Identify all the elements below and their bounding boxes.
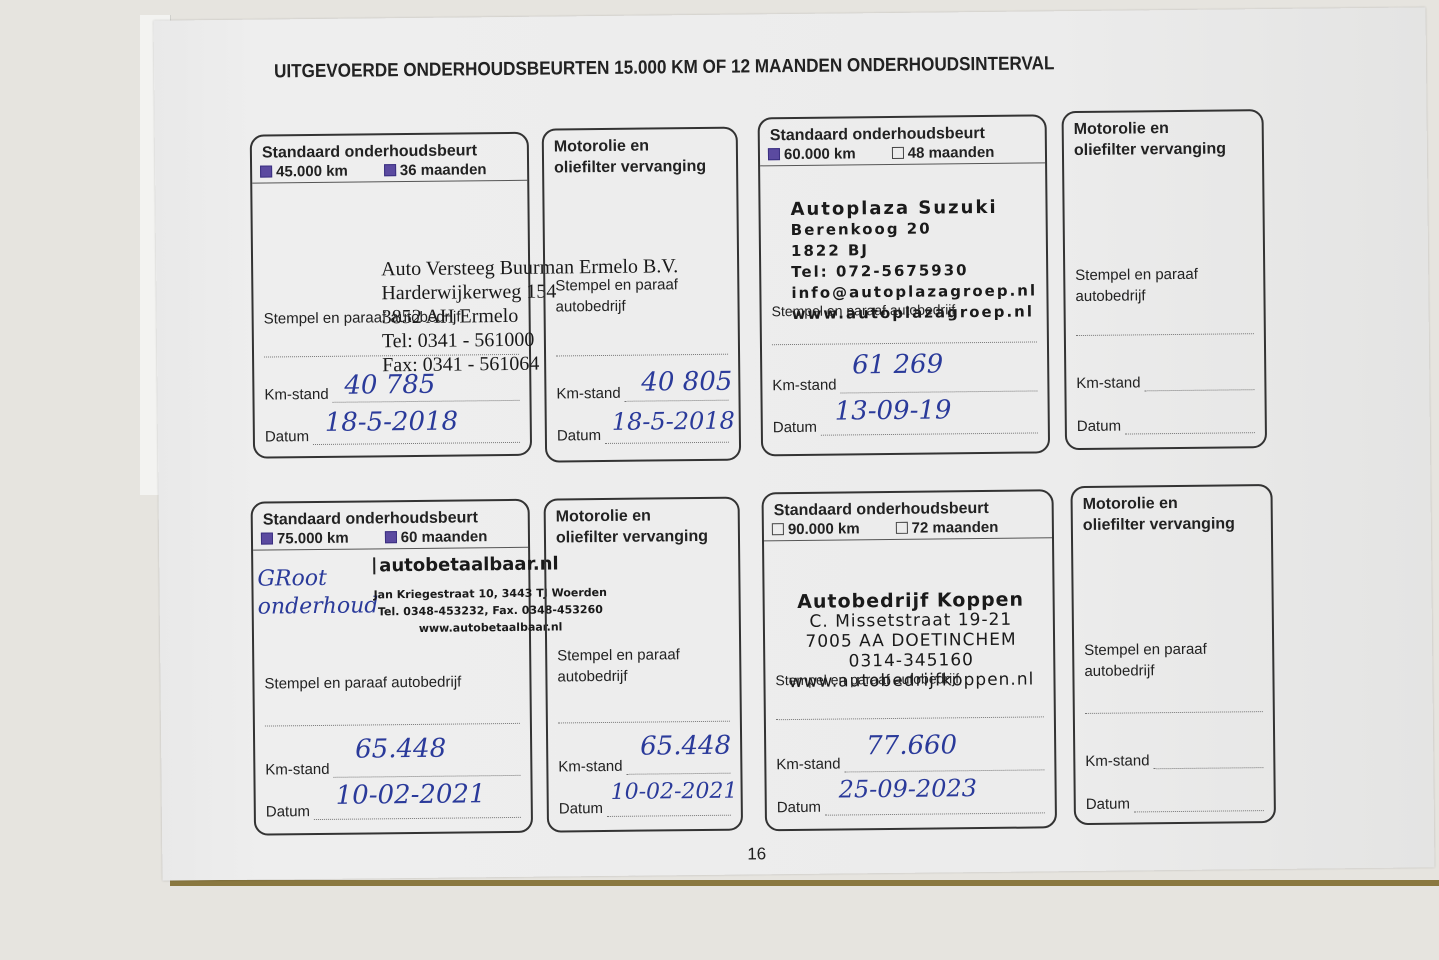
- card-heading: Standaard onderhoudsbeurt: [252, 134, 527, 164]
- checkbox-checked-icon[interactable]: [261, 532, 273, 544]
- card-heading: Motorolie enoliefilter vervanging: [546, 499, 738, 549]
- km-handwritten: 40 805: [641, 367, 732, 398]
- page-title: UITGEVOERDE ONDERHOUDSBEURTEN 15.000 KM …: [274, 53, 1055, 83]
- stamp-label: Stempel en paraaf autobedrijf: [775, 667, 1043, 691]
- signature-line[interactable]: [1085, 711, 1263, 714]
- months-option[interactable]: 72 maanden: [896, 519, 999, 537]
- service-card-90000: Standaard onderhoudsbeurt 90.000 km 72 m…: [762, 489, 1058, 831]
- signature-line[interactable]: [558, 721, 730, 724]
- oil-card-2: Motorolie enoliefilter vervanging Stempe…: [1062, 109, 1268, 450]
- date-field[interactable]: Datum: [1086, 794, 1264, 813]
- service-card-45000: Standaard onderhoudsbeurt 45.000 km 36 m…: [250, 132, 532, 459]
- oil-card-4: Motorolie enoliefilter vervanging Stempe…: [1070, 484, 1276, 825]
- date-handwritten: 10-02-2021: [336, 779, 486, 811]
- card-heading: Motorolie enoliefilter vervanging: [544, 129, 736, 179]
- months-option[interactable]: 48 maanden: [892, 144, 995, 162]
- service-card-60000: Standaard onderhoudsbeurt 60.000 km 48 m…: [758, 114, 1051, 456]
- km-handwritten: 77.660: [866, 730, 957, 761]
- km-handwritten: 65.448: [640, 731, 731, 762]
- km-field[interactable]: Km-stand: [1085, 751, 1263, 770]
- km-option[interactable]: 60.000 km: [768, 145, 856, 163]
- km-option[interactable]: 90.000 km: [772, 520, 860, 538]
- checkbox-checked-icon[interactable]: [384, 164, 396, 176]
- stamp-label: Stempel en paraaf autobedrijf: [772, 298, 1037, 322]
- page-number: 16: [747, 844, 766, 864]
- card-heading: Standaard onderhoudsbeurt: [764, 491, 1052, 521]
- oil-card-3: Motorolie enoliefilter vervanging Stempe…: [544, 497, 743, 833]
- months-option[interactable]: 36 maanden: [384, 161, 487, 179]
- signature-line[interactable]: [1076, 333, 1254, 336]
- months-option[interactable]: 60 maanden: [385, 528, 488, 546]
- checkbox-icon[interactable]: [896, 522, 908, 534]
- date-handwritten: 13-09-19: [835, 395, 952, 426]
- stamp-label: Stempel en paraafautobedrijf: [557, 644, 729, 688]
- date-handwritten: 18-5-2018: [325, 407, 459, 438]
- signature-line[interactable]: [265, 723, 520, 727]
- checkbox-checked-icon[interactable]: [385, 531, 397, 543]
- handwritten-note: GRootonderhoud: [257, 564, 378, 621]
- date-handwritten: 25-09-2023: [838, 774, 977, 803]
- km-handwritten: 65.448: [355, 734, 446, 765]
- km-option[interactable]: 75.000 km: [261, 530, 349, 548]
- stamp-label: Stempel en paraafautobedrijf: [1084, 638, 1262, 682]
- signature-line[interactable]: [772, 341, 1037, 345]
- date-handwritten: 18-5-2018: [612, 407, 735, 436]
- stamp-label: Stempel en paraaf autobedrijf: [264, 306, 519, 330]
- checkbox-icon[interactable]: [892, 147, 904, 159]
- checkbox-icon[interactable]: [772, 523, 784, 535]
- signature-line[interactable]: [556, 354, 728, 357]
- card-heading: Standaard onderhoudsbeurt: [253, 501, 528, 531]
- km-handwritten: 61 269: [852, 349, 943, 380]
- stamp-label: Stempel en paraafautobedrijf: [555, 274, 727, 318]
- date-handwritten: 10-02-2021: [611, 779, 738, 805]
- checkbox-checked-icon[interactable]: [260, 165, 272, 177]
- km-handwritten: 40 785: [344, 370, 435, 401]
- signature-line[interactable]: [776, 716, 1044, 720]
- service-card-75000: Standaard onderhoudsbeurt 75.000 km 60 m…: [251, 499, 533, 836]
- km-option[interactable]: 45.000 km: [260, 163, 348, 181]
- card-heading: Standaard onderhoudsbeurt: [760, 116, 1045, 146]
- service-booklet-page: UITGEVOERDE ONDERHOUDSBEURTEN 15.000 KM …: [154, 7, 1435, 880]
- cover-edge: [170, 880, 1439, 886]
- oil-card-1: Motorolie enoliefilter vervanging Stempe…: [542, 127, 741, 463]
- checkbox-checked-icon[interactable]: [768, 148, 780, 160]
- stamp-label: Stempel en paraaf autobedrijf: [264, 671, 519, 695]
- date-field[interactable]: Datum: [1077, 416, 1255, 435]
- km-field[interactable]: Km-stand: [1076, 373, 1254, 392]
- stamp-label: Stempel en paraafautobedrijf: [1075, 263, 1253, 307]
- card-heading: Motorolie enoliefilter vervanging: [1064, 111, 1262, 161]
- card-heading: Motorolie enoliefilter vervanging: [1072, 486, 1270, 536]
